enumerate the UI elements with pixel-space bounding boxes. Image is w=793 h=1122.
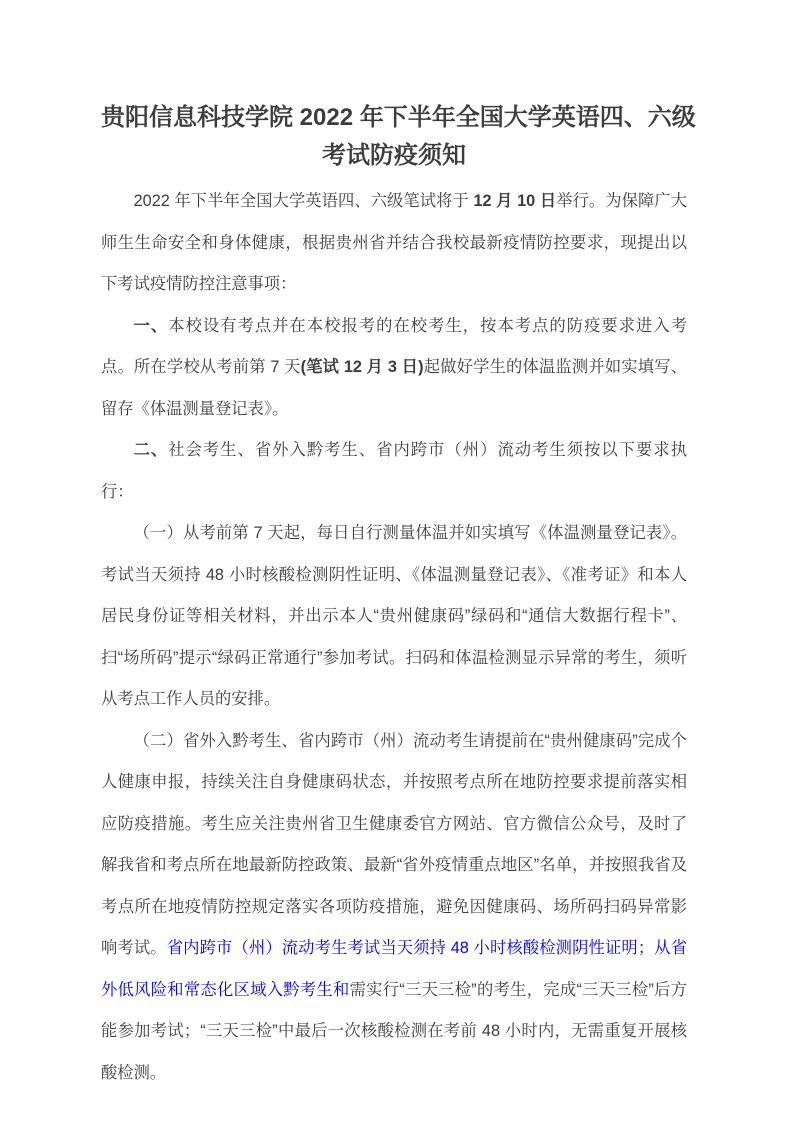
paragraph-5: （二）省外入黔考生、省内跨市（州）流动考生请提前在“贵州健康码”完成个人健康申报…: [101, 721, 687, 1095]
document-title: 贵阳信息科技学院 2022 年下半年全国大学英语四、六级 考试防疫须知: [101, 99, 687, 175]
paragraph-3: 二、社会考生、省外入黔考生、省内跨市（州）流动考生须按以下要求执行：: [101, 430, 687, 513]
document-body: 2022 年下半年全国大学英语四、六级笔试将于 12 月 10 日举行。为保障广…: [101, 181, 687, 1094]
text-run: (笔试 12 月 3 日): [301, 358, 424, 376]
paragraph-2: 一、本校设有考点并在本校报考的在校考生，按本考点的防疫要求进入考点。所在学校从考…: [101, 306, 687, 431]
text-run: 一、: [134, 317, 169, 335]
document-page: 贵阳信息科技学院 2022 年下半年全国大学英语四、六级 考试防疫须知 2022…: [0, 0, 793, 1122]
text-run: 12 月 10 日: [473, 192, 556, 210]
text-run: （一）从考前第 7 天起，每日自行测量体温并如实填写《体温测量登记表》。考试当天…: [101, 524, 687, 708]
text-run: 社会考生、省外入黔考生、省内跨市（州）流动考生须按以下要求执行：: [101, 441, 687, 501]
document-content: 贵阳信息科技学院 2022 年下半年全国大学英语四、六级 考试防疫须知 2022…: [101, 99, 687, 1094]
paragraph-4: （一）从考前第 7 天起，每日自行测量体温并如实填写《体温测量登记表》。考试当天…: [101, 513, 687, 721]
text-run: 2022 年下半年全国大学英语四、六级笔试将于: [134, 192, 474, 210]
document-title-line-2: 考试防疫须知: [101, 137, 687, 175]
document-title-line-1: 贵阳信息科技学院 2022 年下半年全国大学英语四、六级: [101, 99, 687, 137]
text-run: 二、: [134, 441, 169, 459]
text-run: （二）省外入黔考生、省内跨市（州）流动考生请提前在“贵州健康码”完成个人健康申报…: [101, 732, 687, 958]
paragraph-1: 2022 年下半年全国大学英语四、六级笔试将于 12 月 10 日举行。为保障广…: [101, 181, 687, 306]
